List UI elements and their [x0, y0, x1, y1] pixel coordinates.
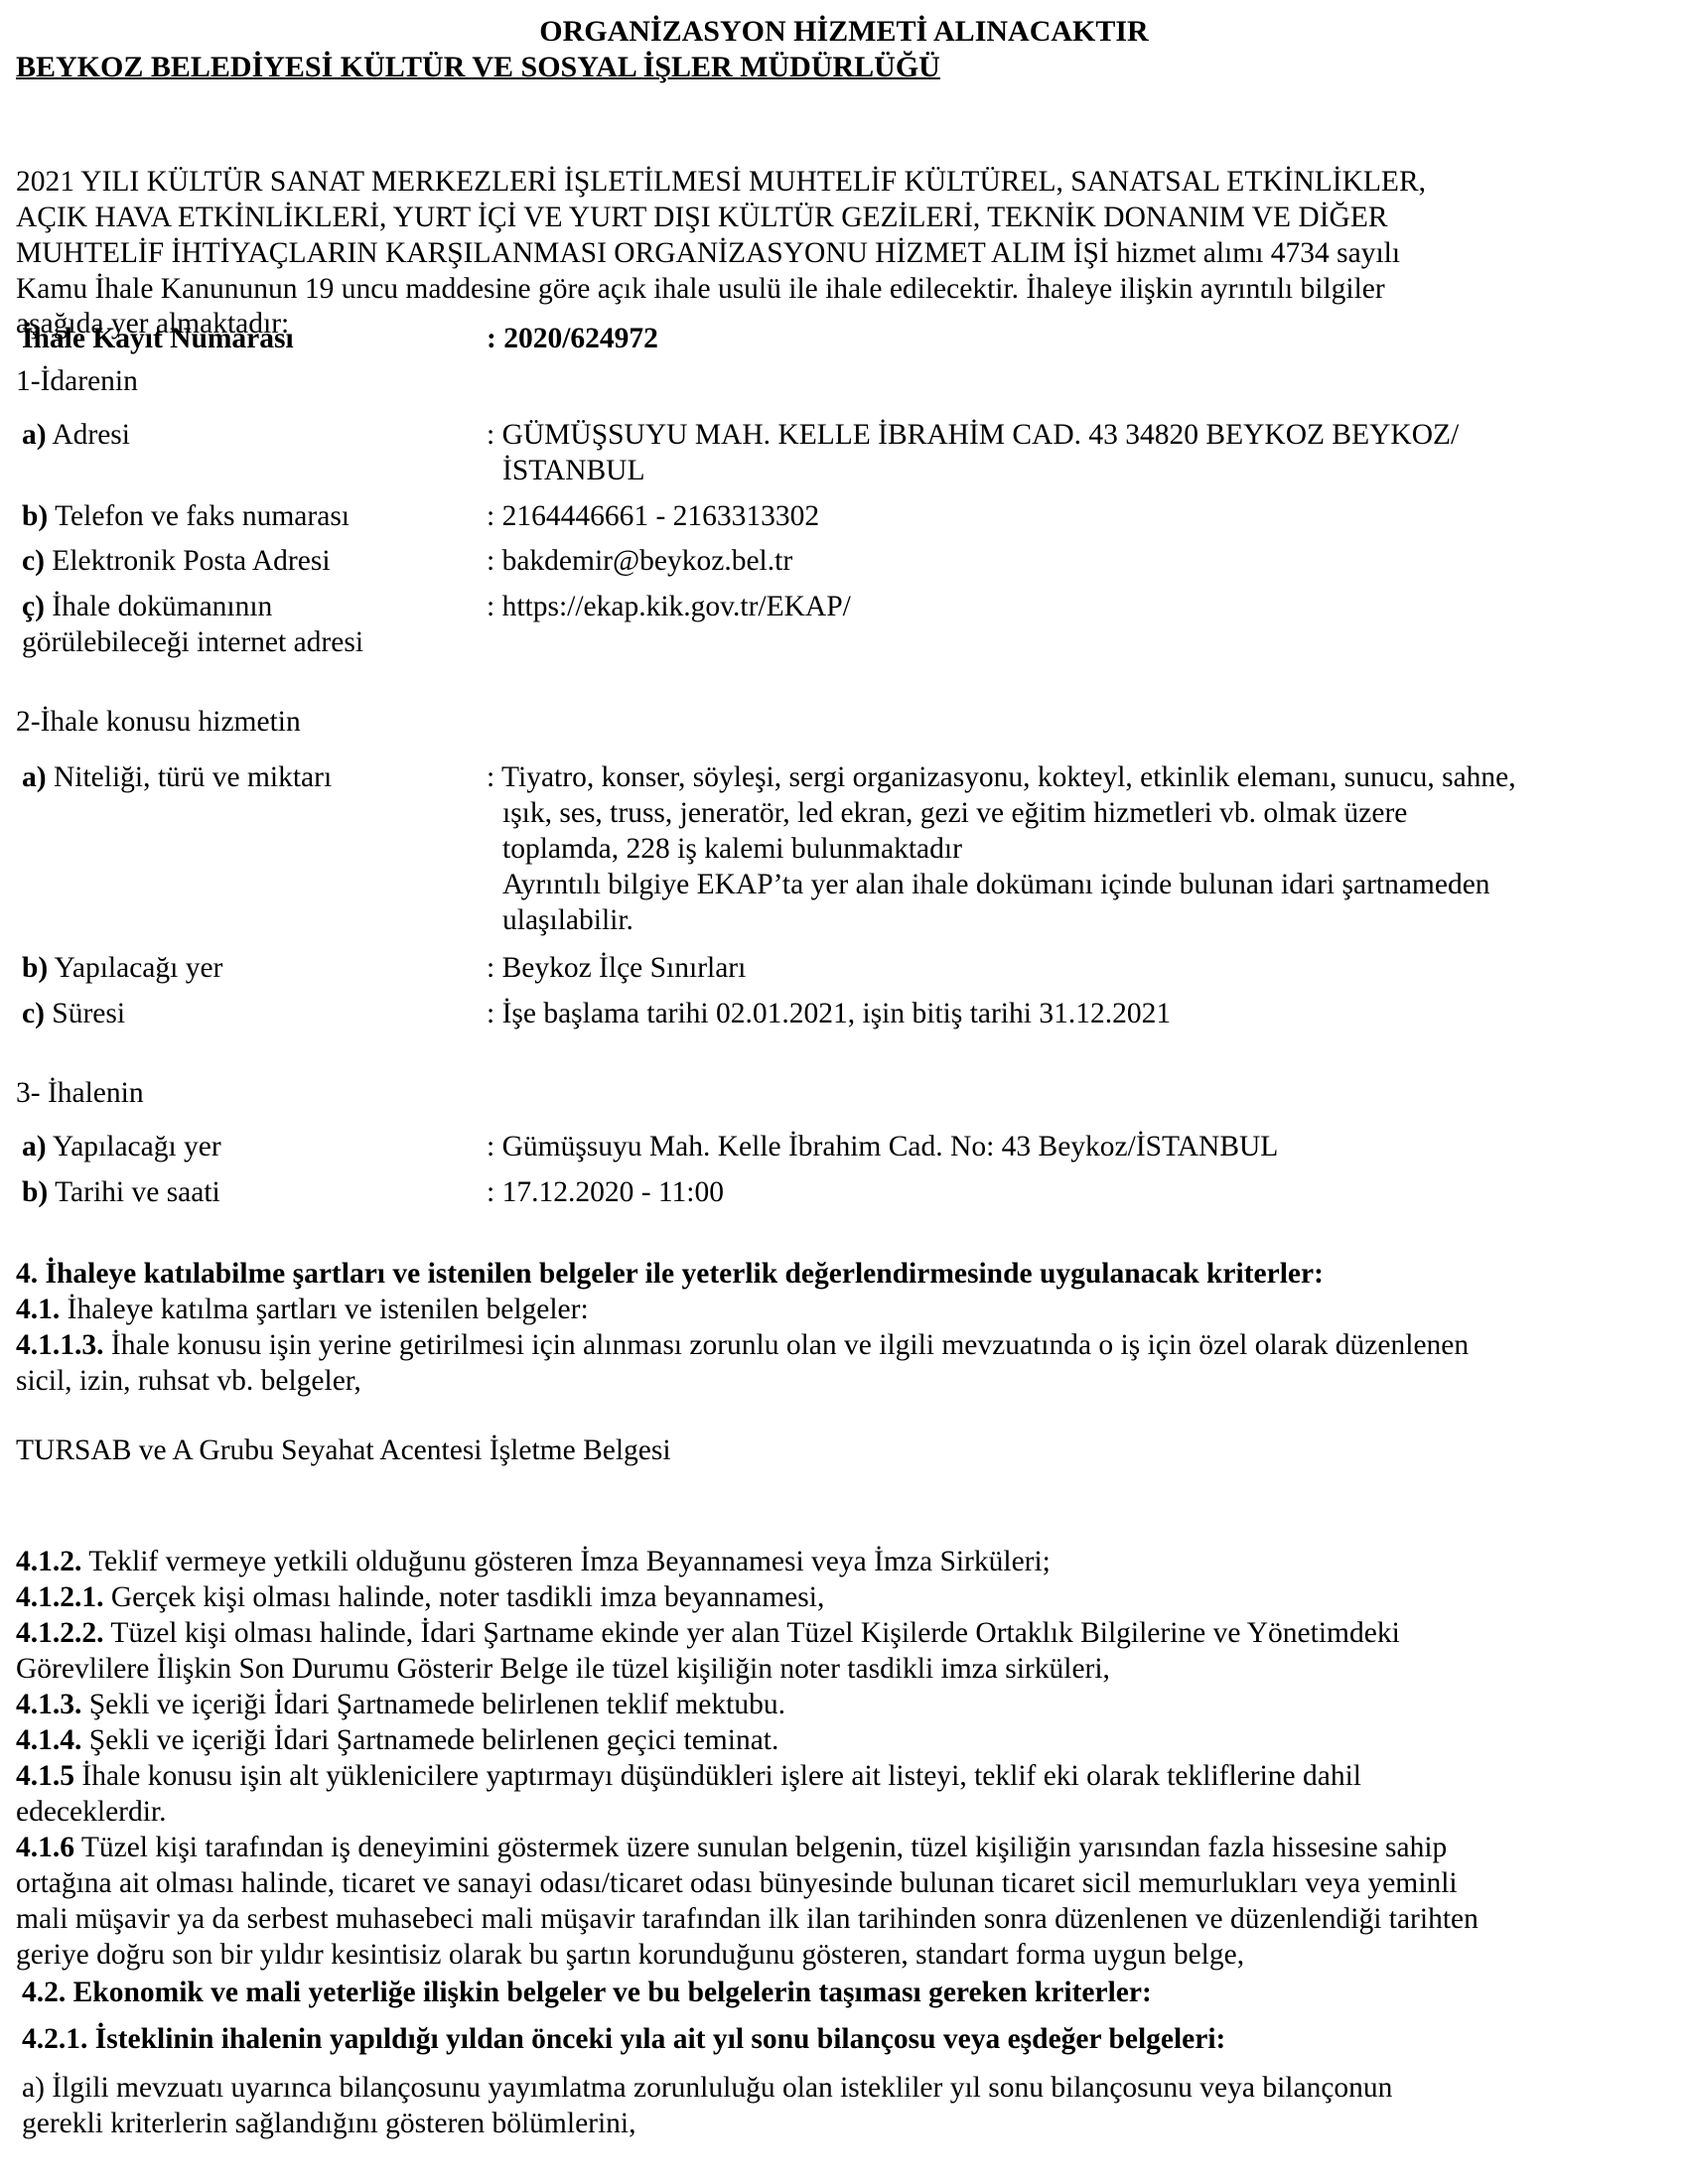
section2-row-duration-value: : İşe başlama tarihi 02.01.2021, işin bi…	[487, 996, 1171, 1031]
section3-row-date-value: : 17.12.2020 - 11:00	[487, 1174, 724, 1210]
section2-row-place-label: b) Yapılacağı yer	[22, 950, 222, 986]
section4-item-cont: geriye doğru son bir yıldır kesintisiz o…	[16, 1937, 1244, 1973]
section2-row-nature-cont: Ayrıntılı bilgiye EKAP’ta yer alan ihale…	[502, 867, 1490, 902]
section4-item-cont: sicil, izin, ruhsat vb. belgeler,	[16, 1363, 361, 1399]
section4-item: 4.1.2.2. Tüzel kişi olması halinde, İdar…	[16, 1615, 1400, 1651]
section421-item-a-cont: gerekli kriterlerin sağlandığını göstere…	[22, 2106, 636, 2141]
section2-row-place-value: : Beykoz İlçe Sınırları	[487, 950, 746, 986]
section421-heading: 4.2.1. İsteklinin ihalenin yapıldığı yıl…	[22, 2021, 1225, 2057]
section2-row-nature-cont: ulaşılabilir.	[502, 902, 633, 938]
intro-line: 2021 YILI KÜLTÜR SANAT MERKEZLERİ İŞLETİ…	[16, 164, 1426, 200]
section2-heading: 2-İhale konusu hizmetin	[16, 704, 301, 740]
section2-row-nature-value: : Tiyatro, konser, söyleşi, sergi organi…	[487, 759, 1516, 795]
section4-item-cont: mali müşavir ya da serbest muhasebeci ma…	[16, 1901, 1478, 1937]
section1-heading: 1-İdarenin	[16, 363, 138, 399]
section2-row-nature-label: a) Niteliği, türü ve miktarı	[22, 759, 332, 795]
section421-item-a: a) İlgili mevzuatı uyarınca bilançosunu …	[22, 2070, 1392, 2106]
section1-row-address-label: a) Adresi	[22, 417, 130, 453]
section4-item: TURSAB ve A Grubu Seyahat Acentesi İşlet…	[16, 1433, 671, 1468]
section3-row-date-label: b) Tarihi ve saati	[22, 1174, 220, 1210]
section42-heading: 4.2. Ekonomik ve mali yeterliğe ilişkin …	[22, 1975, 1152, 2010]
section4-item: 4.1.3. Şekli ve içeriği İdari Şartnamede…	[16, 1687, 785, 1722]
registry-label: İhale Kayıt Numarası	[22, 321, 294, 356]
section1-row-email-value: : bakdemir@beykoz.bel.tr	[487, 543, 792, 579]
section4-item-cont: ortağına ait olması halinde, ticaret ve …	[16, 1865, 1458, 1901]
section1-row-phone-label: b) Telefon ve faks numarası	[22, 498, 350, 534]
document-subtitle: BEYKOZ BELEDİYESİ KÜLTÜR VE SOSYAL İŞLER…	[16, 50, 940, 85]
intro-line: AÇIK HAVA ETKİNLİKLERİ, YURT İÇİ VE YURT…	[16, 200, 1388, 235]
section3-heading: 3- İhalenin	[16, 1075, 144, 1111]
section4-item: 4.1.2. Teklif vermeye yetkili olduğunu g…	[16, 1544, 1051, 1579]
section1-row-url-label: ç) İhale dokümanının	[22, 589, 272, 624]
document-title: ORGANİZASYON HİZMETİ ALINACAKTIR	[0, 14, 1688, 50]
section4-item-cont: edeceklerdir.	[16, 1794, 167, 1830]
section1-row-phone-value: : 2164446661 - 2163313302	[487, 498, 819, 534]
section4-item: 4.1.6 Tüzel kişi tarafından iş deneyimin…	[16, 1830, 1447, 1865]
section3-row-place-value: : Gümüşsuyu Mah. Kelle İbrahim Cad. No: …	[487, 1129, 1278, 1164]
section2-row-nature-cont: toplamda, 228 iş kalemi bulunmaktadır	[502, 831, 962, 867]
section1-row-address-value-cont: İSTANBUL	[502, 453, 645, 488]
section4-item: 4.1. İhaleye katılma şartları ve istenil…	[16, 1292, 589, 1327]
section1-row-url-value: : https://ekap.kik.gov.tr/EKAP/	[487, 589, 851, 624]
section3-row-place-label: a) Yapılacağı yer	[22, 1129, 221, 1164]
section1-row-email-label: c) Elektronik Posta Adresi	[22, 543, 331, 579]
registry-value: : 2020/624972	[487, 321, 658, 356]
section2-row-nature-cont: ışık, ses, truss, jeneratör, led ekran, …	[502, 795, 1407, 831]
intro-line: Kamu İhale Kanununun 19 uncu maddesine g…	[16, 271, 1385, 307]
section4-item: 4.1.5 İhale konusu işin alt yükleniciler…	[16, 1758, 1361, 1794]
section4-item-cont: Görevlilere İlişkin Son Durumu Gösterir …	[16, 1651, 1110, 1687]
section4-item: 4.1.2.1. Gerçek kişi olması halinde, not…	[16, 1579, 824, 1615]
section4-item: 4.1.4. Şekli ve içeriği İdari Şartnamede…	[16, 1722, 778, 1758]
section1-row-address-value: : GÜMÜŞSUYU MAH. KELLE İBRAHİM CAD. 43 3…	[487, 417, 1459, 453]
section4-heading: 4. İhaleye katılabilme şartları ve isten…	[16, 1256, 1324, 1292]
section1-row-url-label-cont: görülebileceği internet adresi	[22, 624, 363, 660]
intro-line: MUHTELİF İHTİYAÇLARIN KARŞILANMASI ORGAN…	[16, 235, 1400, 271]
section4-item: 4.1.1.3. İhale konusu işin yerine getiri…	[16, 1327, 1469, 1363]
section2-row-duration-label: c) Süresi	[22, 996, 125, 1031]
